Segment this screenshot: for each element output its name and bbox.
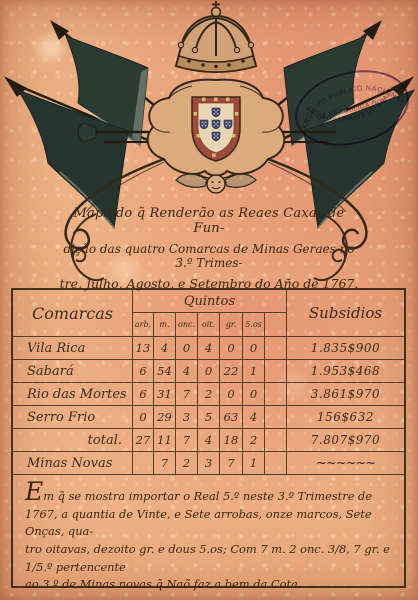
table-cell: 13 xyxy=(133,337,154,360)
subsidio-value: 7.807$970 xyxy=(287,429,404,452)
row-label: Minas Novas xyxy=(13,452,133,475)
table-cell xyxy=(265,337,287,360)
column-header-subsidios: Subsidios xyxy=(287,290,404,337)
svg-text:ARCHIVO PUBLICO NACIONAL: ARCHIVO PUBLICO NACIONAL xyxy=(295,75,406,132)
subheader-m: m. xyxy=(154,313,176,337)
table-cell: 6 xyxy=(133,360,154,383)
table-cell: 2 xyxy=(243,429,265,452)
summary-note: Em q̃ se mostra importar o Real 5.º nest… xyxy=(13,475,402,594)
note-line: ao 3.º de Minas novas q̃ Naõ faz a bem d… xyxy=(25,576,392,594)
table-cell: 29 xyxy=(154,406,176,429)
table-cell: 5 xyxy=(198,406,220,429)
table-cell: 0 xyxy=(243,337,265,360)
table-cell xyxy=(265,452,287,475)
table-cell: 4 xyxy=(154,337,176,360)
table-cell: 31 xyxy=(154,383,176,406)
subheader-oit: oit. xyxy=(198,313,220,337)
table-cell: 7 xyxy=(220,452,243,475)
title-line: dição das quatro Comarcas de Minas Gerae… xyxy=(56,242,362,270)
table-cell: 11 xyxy=(154,429,176,452)
table-cell: 7 xyxy=(154,452,176,475)
subsidio-value: 3.861$970 xyxy=(287,383,404,406)
subsidio-value: 1.953$468 xyxy=(287,360,404,383)
note-line: Em q̃ se mostra importar o Real 5.º nest… xyxy=(25,481,392,506)
cherub-icon xyxy=(176,174,256,193)
table-cell xyxy=(265,406,287,429)
row-label: Rio das Mortes xyxy=(13,383,133,406)
table-cell: 0 xyxy=(133,406,154,429)
table-cell: 3 xyxy=(198,452,220,475)
crown-icon xyxy=(176,1,256,72)
table-cell: 7 xyxy=(176,383,198,406)
archive-stamp: ARCHIVO PUBLICO NACIONAL DA REPUBLICA DO… xyxy=(290,64,414,152)
table-cell: 0 xyxy=(243,383,265,406)
subsidio-value: 1.835$900 xyxy=(287,337,404,360)
subheader-gr: gr. xyxy=(220,313,243,337)
table-cell: 4 xyxy=(198,337,220,360)
subsidio-value: ~~~~~~ xyxy=(287,452,404,475)
table-cell xyxy=(265,383,287,406)
table-cell: 63 xyxy=(220,406,243,429)
castle-marks xyxy=(194,98,239,158)
table-cell: 54 xyxy=(154,360,176,383)
table-cell: 3 xyxy=(176,406,198,429)
subheader-blank xyxy=(265,313,287,337)
shield-icon xyxy=(148,80,285,176)
note-line: tro oitavas, dezoito gr. e dous 5.os; Co… xyxy=(25,541,392,576)
table-cell: 4 xyxy=(198,429,220,452)
table-cell: 6 xyxy=(133,383,154,406)
table-cell: 0 xyxy=(220,383,243,406)
table-cell: 18 xyxy=(220,429,243,452)
table-cell: 4 xyxy=(243,406,265,429)
table-cell xyxy=(265,429,287,452)
column-header-quintos: Quintos xyxy=(133,290,287,313)
table-cell: 1 xyxy=(243,452,265,475)
stamp-arc-top-text: ARCHIVO PUBLICO NACIONAL xyxy=(295,75,406,132)
table-cell: 2 xyxy=(198,383,220,406)
row-label: Sabará xyxy=(13,360,133,383)
row-label: Vila Rica xyxy=(13,337,133,360)
table-cell: 0 xyxy=(176,337,198,360)
quintos-table: Comarcas Quintos Subsidios arb. m. onc. … xyxy=(13,290,404,475)
subheader-arb: arb. xyxy=(133,313,154,337)
title-line: Mapa do q̃ Renderão as Reaes Caxas de Fu… xyxy=(56,206,362,236)
table-cell: 0 xyxy=(198,360,220,383)
subheader-onc: onc. xyxy=(176,313,198,337)
manuscript-page: ARCHIVO PUBLICO NACIONAL DA REPUBLICA DO… xyxy=(0,0,418,600)
row-label: Serro Frio xyxy=(13,406,133,429)
flag-icon-left-upper xyxy=(66,36,148,146)
escudete-marks xyxy=(200,108,232,141)
table-cell xyxy=(133,452,154,475)
table-cell: 27 xyxy=(133,429,154,452)
column-header-comarcas: Comarcas xyxy=(13,290,133,337)
table-cell: 7 xyxy=(176,429,198,452)
table-cell: 2 xyxy=(176,452,198,475)
subsidio-value: 156$632 xyxy=(287,406,404,429)
table-cell: 1 xyxy=(243,360,265,383)
note-line: 1767, a quantia de Vinte, e Sete arrobas… xyxy=(25,506,392,541)
document-title: Mapa do q̃ Renderão as Reaes Caxas de Fu… xyxy=(56,206,362,291)
table-cell xyxy=(265,360,287,383)
subheader-5os: 5.os xyxy=(243,313,265,337)
table-cell: 4 xyxy=(176,360,198,383)
table-cell: 22 xyxy=(220,360,243,383)
row-label-total: total. xyxy=(13,429,133,452)
table-cell: 0 xyxy=(220,337,243,360)
